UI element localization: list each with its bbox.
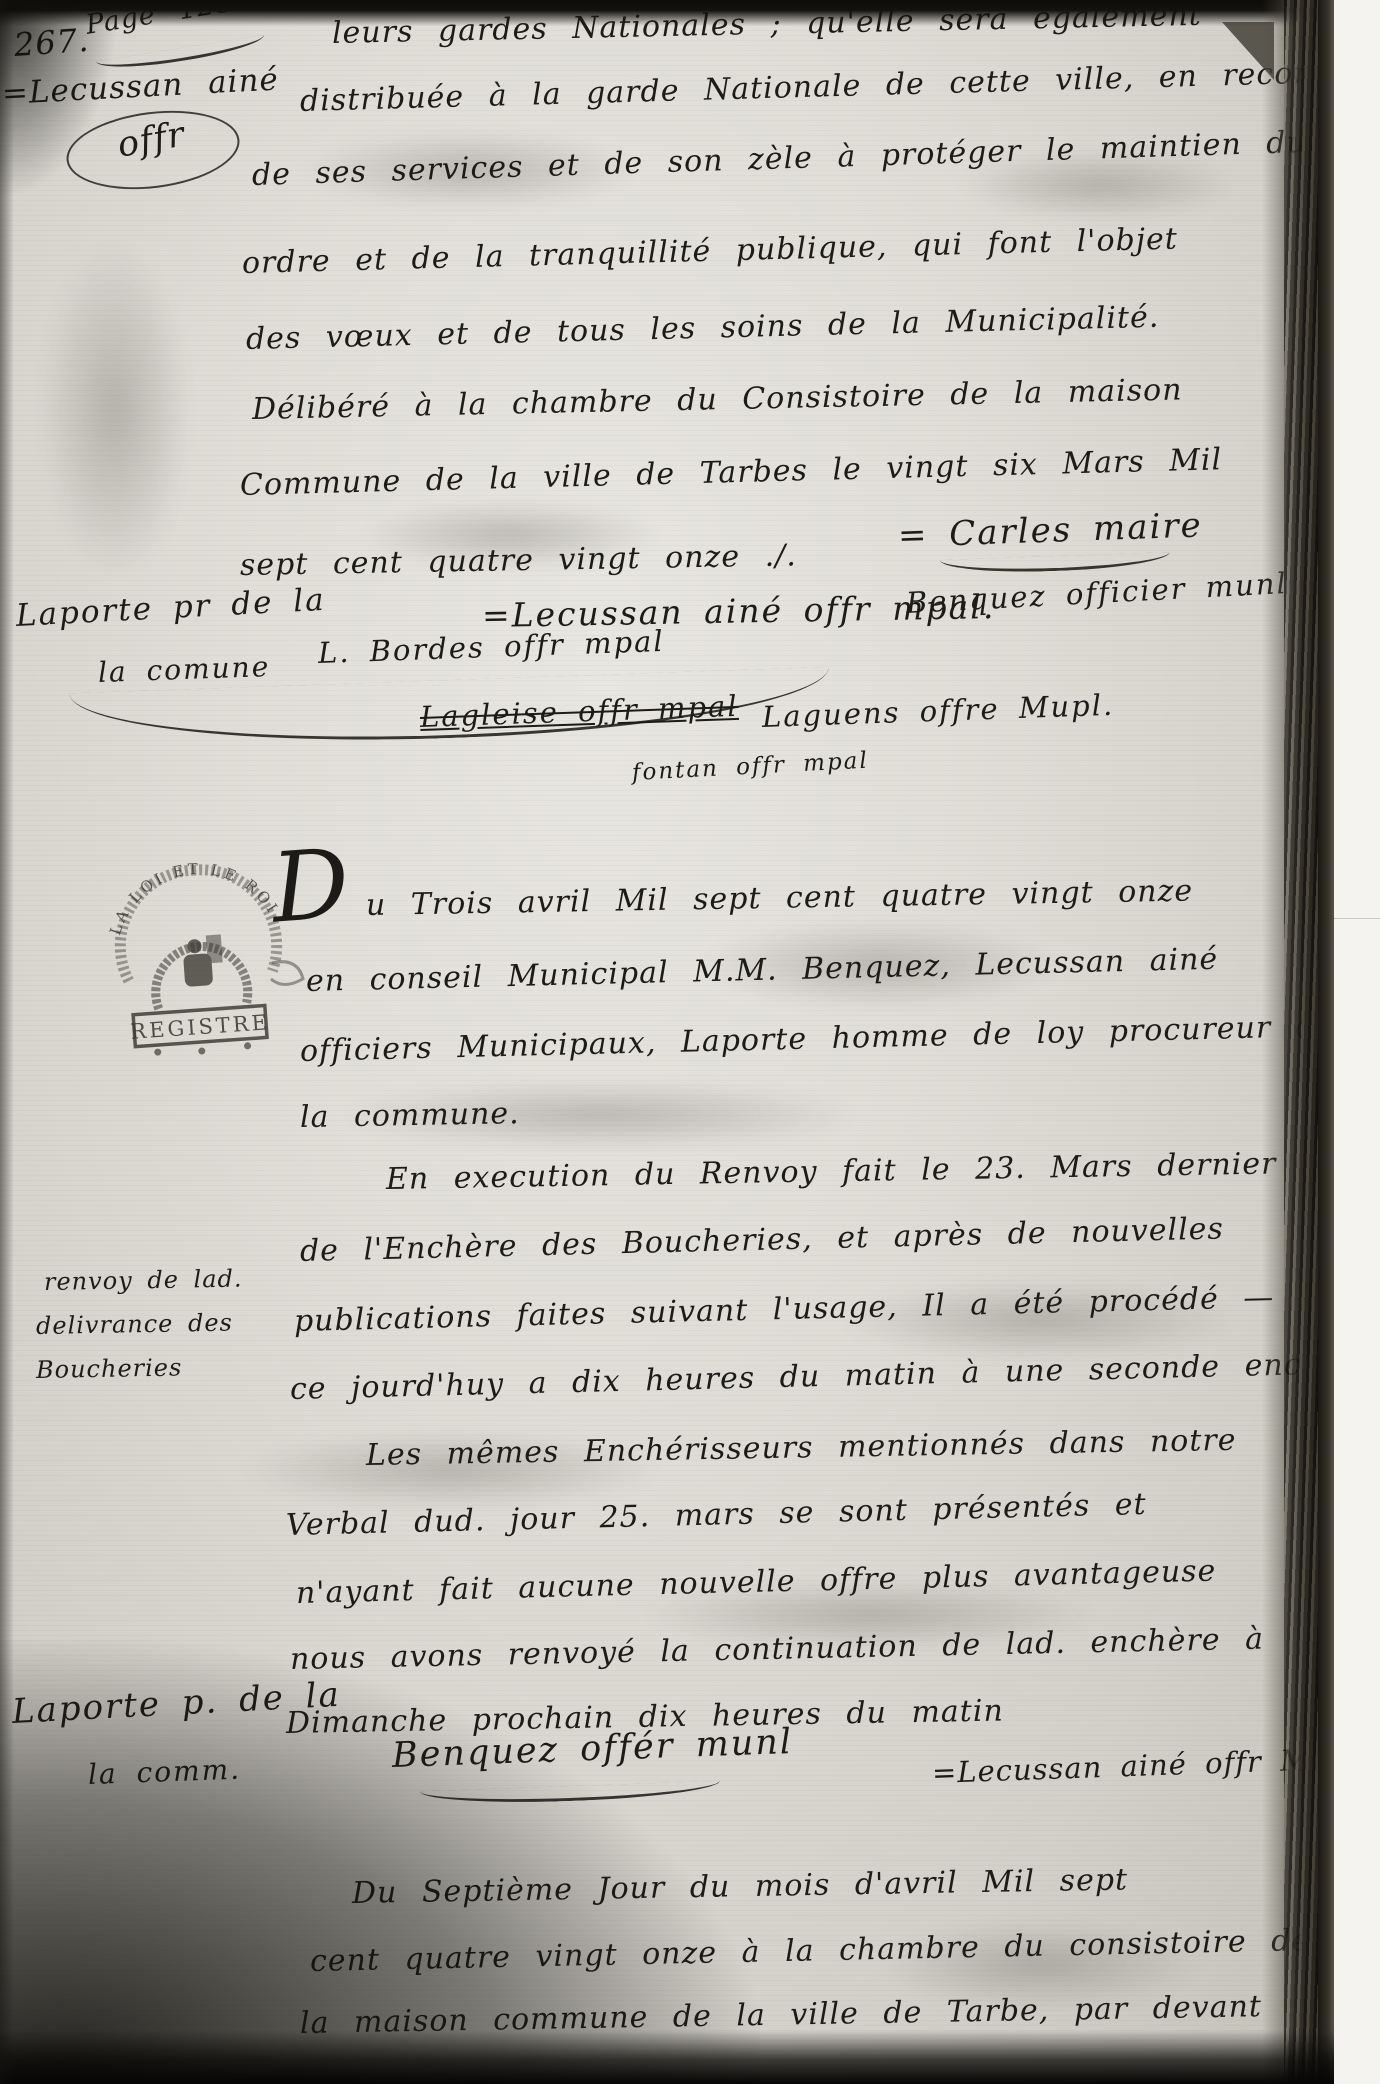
scan-shadow-bottom-left (0, 1640, 760, 2084)
margin-note-line: delivrance des (36, 1309, 233, 1340)
scan-edge-bottom (0, 2030, 1334, 2084)
scan-edge-left (0, 0, 14, 2084)
signature-laporte-line2: la comune (97, 650, 270, 689)
stamp-figure-tablet (206, 934, 223, 963)
scan-corner-shadow (0, 0, 120, 200)
manuscript-line: la commune. (300, 1096, 520, 1135)
document-scan: 267. Page 128e ft =Lecussan ainé offr le… (0, 0, 1380, 2084)
initial-capital: D (269, 835, 352, 936)
ink-smudge (40, 240, 190, 580)
scan-artifact-line (1334, 918, 1380, 919)
margin-note-line: Boucheries (36, 1353, 183, 1384)
stamp-arc-text: LA LOI ET LE ROI (102, 854, 284, 938)
margin-note-line: renvoy de lad. (44, 1265, 243, 1296)
scan-background-strip (1334, 0, 1380, 2084)
svg-text:LA LOI ET LE ROI: LA LOI ET LE ROI (102, 854, 284, 938)
scan-edge-top (0, 0, 1334, 26)
page-rim (1318, 0, 1334, 2084)
